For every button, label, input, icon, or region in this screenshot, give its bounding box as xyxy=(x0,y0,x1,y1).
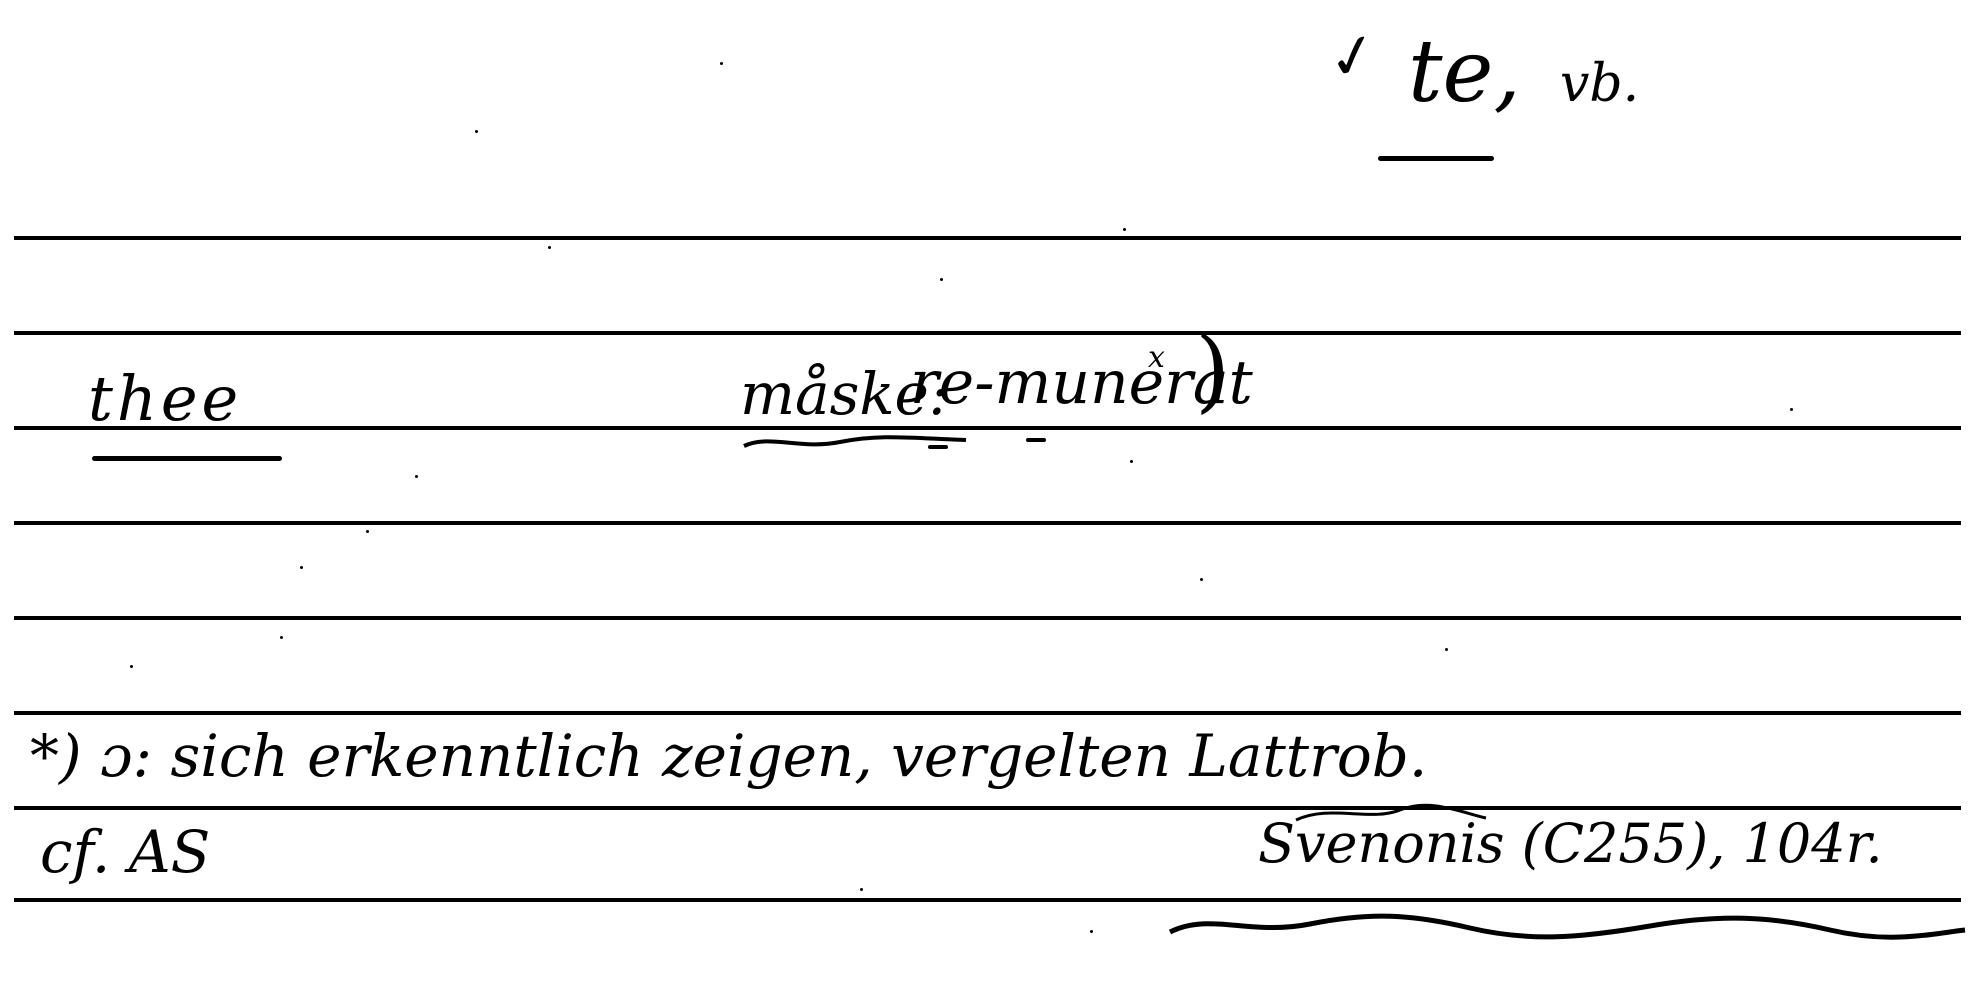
scan-speck xyxy=(415,475,418,478)
scan-speck xyxy=(1200,578,1203,581)
scan-speck xyxy=(475,130,478,133)
note-label-wavy-underline xyxy=(740,432,970,452)
scan-speck xyxy=(940,278,943,281)
scan-speck xyxy=(1090,930,1093,933)
ruled-line xyxy=(14,898,1961,902)
ruled-line xyxy=(14,711,1961,715)
note-close-paren: ) xyxy=(1195,318,1230,423)
scan-speck xyxy=(1790,408,1793,411)
entry-form: thee xyxy=(88,362,242,435)
headword-underline xyxy=(1378,156,1494,161)
mark-underline xyxy=(1026,438,1046,442)
scan-speck xyxy=(280,636,283,639)
scan-speck xyxy=(1445,648,1448,651)
ruled-line xyxy=(14,806,1961,810)
footnote-text: *) ɔ: sich erkenntlich zeigen, vergelten… xyxy=(30,722,1427,790)
ruled-line xyxy=(14,331,1961,335)
ruled-line xyxy=(14,521,1961,525)
ruled-line xyxy=(14,426,1961,430)
source-wavy-underline xyxy=(1150,906,1970,946)
ruled-line xyxy=(14,236,1961,240)
scan-speck xyxy=(366,530,369,533)
index-card: ✓ te, vb. thee måske: re-munerat x ) *) … xyxy=(0,0,1971,990)
form-underline xyxy=(92,456,282,461)
scan-speck xyxy=(1130,460,1133,463)
part-of-speech: vb. xyxy=(1560,54,1639,114)
scan-speck xyxy=(720,62,723,65)
ruled-line xyxy=(14,616,1961,620)
scan-speck xyxy=(860,888,863,891)
footnote-marker: x xyxy=(1148,340,1165,375)
cross-reference: cf. AS xyxy=(40,818,210,886)
scan-speck xyxy=(548,246,551,249)
scan-speck xyxy=(130,665,133,668)
headword: te, xyxy=(1408,22,1521,122)
scan-speck xyxy=(300,566,303,569)
scan-speck xyxy=(1123,228,1126,231)
checkmark-icon: ✓ xyxy=(1321,18,1385,97)
mark-underline xyxy=(928,445,948,449)
source-citation: Svenonis (C255), 104r. xyxy=(1258,812,1883,875)
